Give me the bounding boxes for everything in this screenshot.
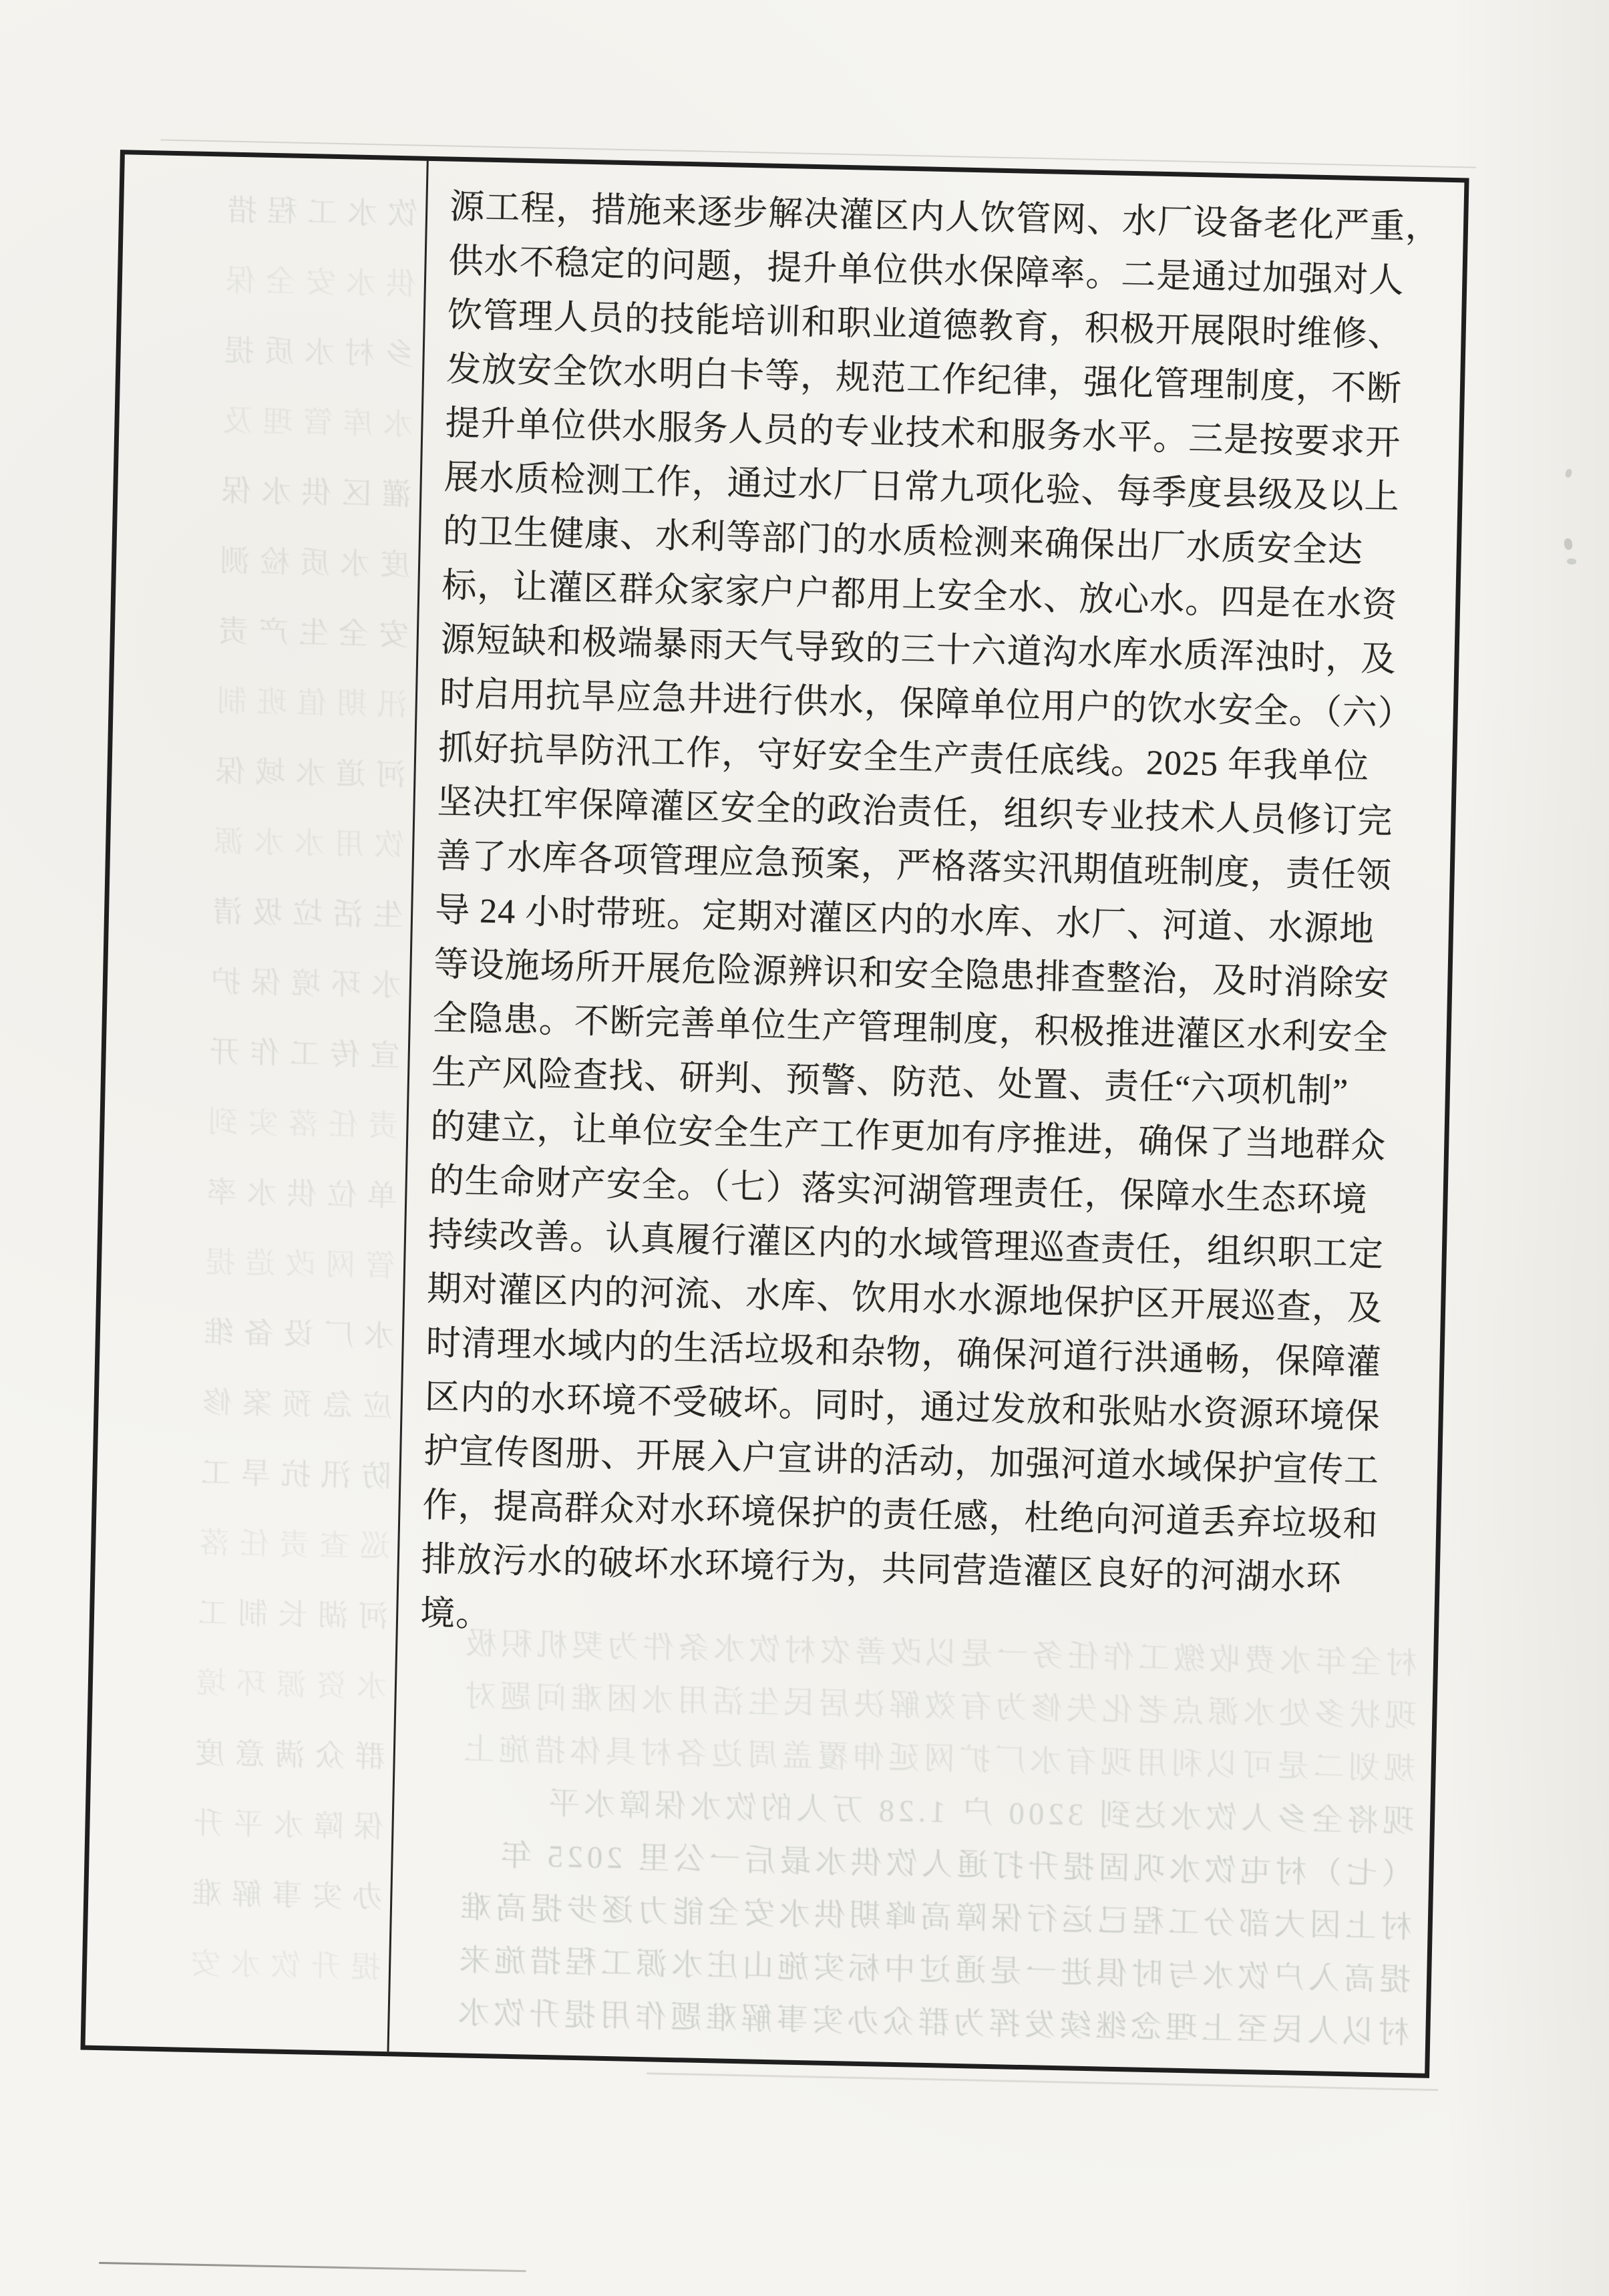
bleedthrough-row: 应急预案修 xyxy=(116,1385,418,1422)
bleedthrough-row: 村以人民至上理念继续发挥为群众办实事解难题作用提升饮水 xyxy=(102,1990,1417,2049)
bleedthrough-row: 安全生产责 xyxy=(132,615,409,651)
bleedthrough-row: 巡查责任落 xyxy=(113,1526,413,1562)
bleedthrough-row: 防汛抗旱工 xyxy=(114,1456,391,1492)
bleedthrough-row: 水库管理及 xyxy=(136,404,419,440)
bleedthrough-row: 单位供水率 xyxy=(120,1176,419,1212)
ink-speck xyxy=(1564,538,1573,550)
bleedthrough-text-bottom: 村全年水费收缴工作任务一是以改善农村饮水条件为契机积极现状多处水源点老化失修为有… xyxy=(101,1621,1417,2076)
bleedthrough-row: 灌区供水保 xyxy=(135,474,412,510)
scanned-document-page: 饮水工程措供水安全保乡村水质提水库管理及灌区供水保度水质检测安全生产责汛期值班制… xyxy=(0,0,1609,2296)
ink-speck xyxy=(1564,468,1573,478)
bleedthrough-row: 提高入户饮水与时俱进一是通过中标实施山庄水源工程措施来 xyxy=(103,1937,1411,1996)
bleedthrough-row: 度水质检测 xyxy=(134,544,419,581)
bleedthrough-row: 水厂设备维 xyxy=(118,1315,395,1351)
bleedthrough-row: 现状多处水源点老化失修为有效解决居民生活用水困难问题对 xyxy=(108,1673,1417,1733)
bleedthrough-row: 管网改造提 xyxy=(119,1245,419,1281)
bleedthrough-row: 现将全乡人饮水达到 3200 户 1.28 万人的饮水保障水平 xyxy=(106,1779,1418,1838)
ink-speck xyxy=(1567,558,1577,565)
bleedthrough-row: 责任落实到 xyxy=(122,1106,419,1142)
bleedthrough-row: 乡村水质提 xyxy=(138,334,418,371)
bleedthrough-row: 饮用水水源 xyxy=(128,825,419,861)
bleedthrough-row: 村上因大部分工程已运行保障高峰期供水安全能力逐步提高难 xyxy=(104,1884,1418,1944)
bleedthrough-row: 水环境保护 xyxy=(125,965,419,1002)
bleedthrough-row: 饮水工程措 xyxy=(141,194,418,230)
bleedthrough-row: （七）村屯饮水巩固提升打通人饮供水最后一公里 2025 年 xyxy=(105,1832,1413,1891)
bleedthrough-row: 汛期值班制 xyxy=(130,685,418,721)
bleedthrough-row: 规划二是可以利用现有水厂扩网延伸覆盖周边各村具体措施上 xyxy=(108,1726,1416,1785)
bleedthrough-row: 生活垃圾清 xyxy=(126,895,403,931)
paper-edge-shadow-line xyxy=(99,2262,526,2272)
scanned-sheet: 饮水工程措供水安全保乡村水质提水库管理及灌区供水保度水质检测安全生产责汛期值班制… xyxy=(80,150,1469,2078)
bleedthrough-row: 河道水域保 xyxy=(129,755,419,792)
bleedthrough-row: 供水安全保 xyxy=(140,264,419,300)
form-table: 饮水工程措供水安全保乡村水质提水库管理及灌区供水保度水质检测安全生产责汛期值班制… xyxy=(80,150,1469,2078)
bleedthrough-row: 宣传工作开 xyxy=(123,1035,400,1072)
